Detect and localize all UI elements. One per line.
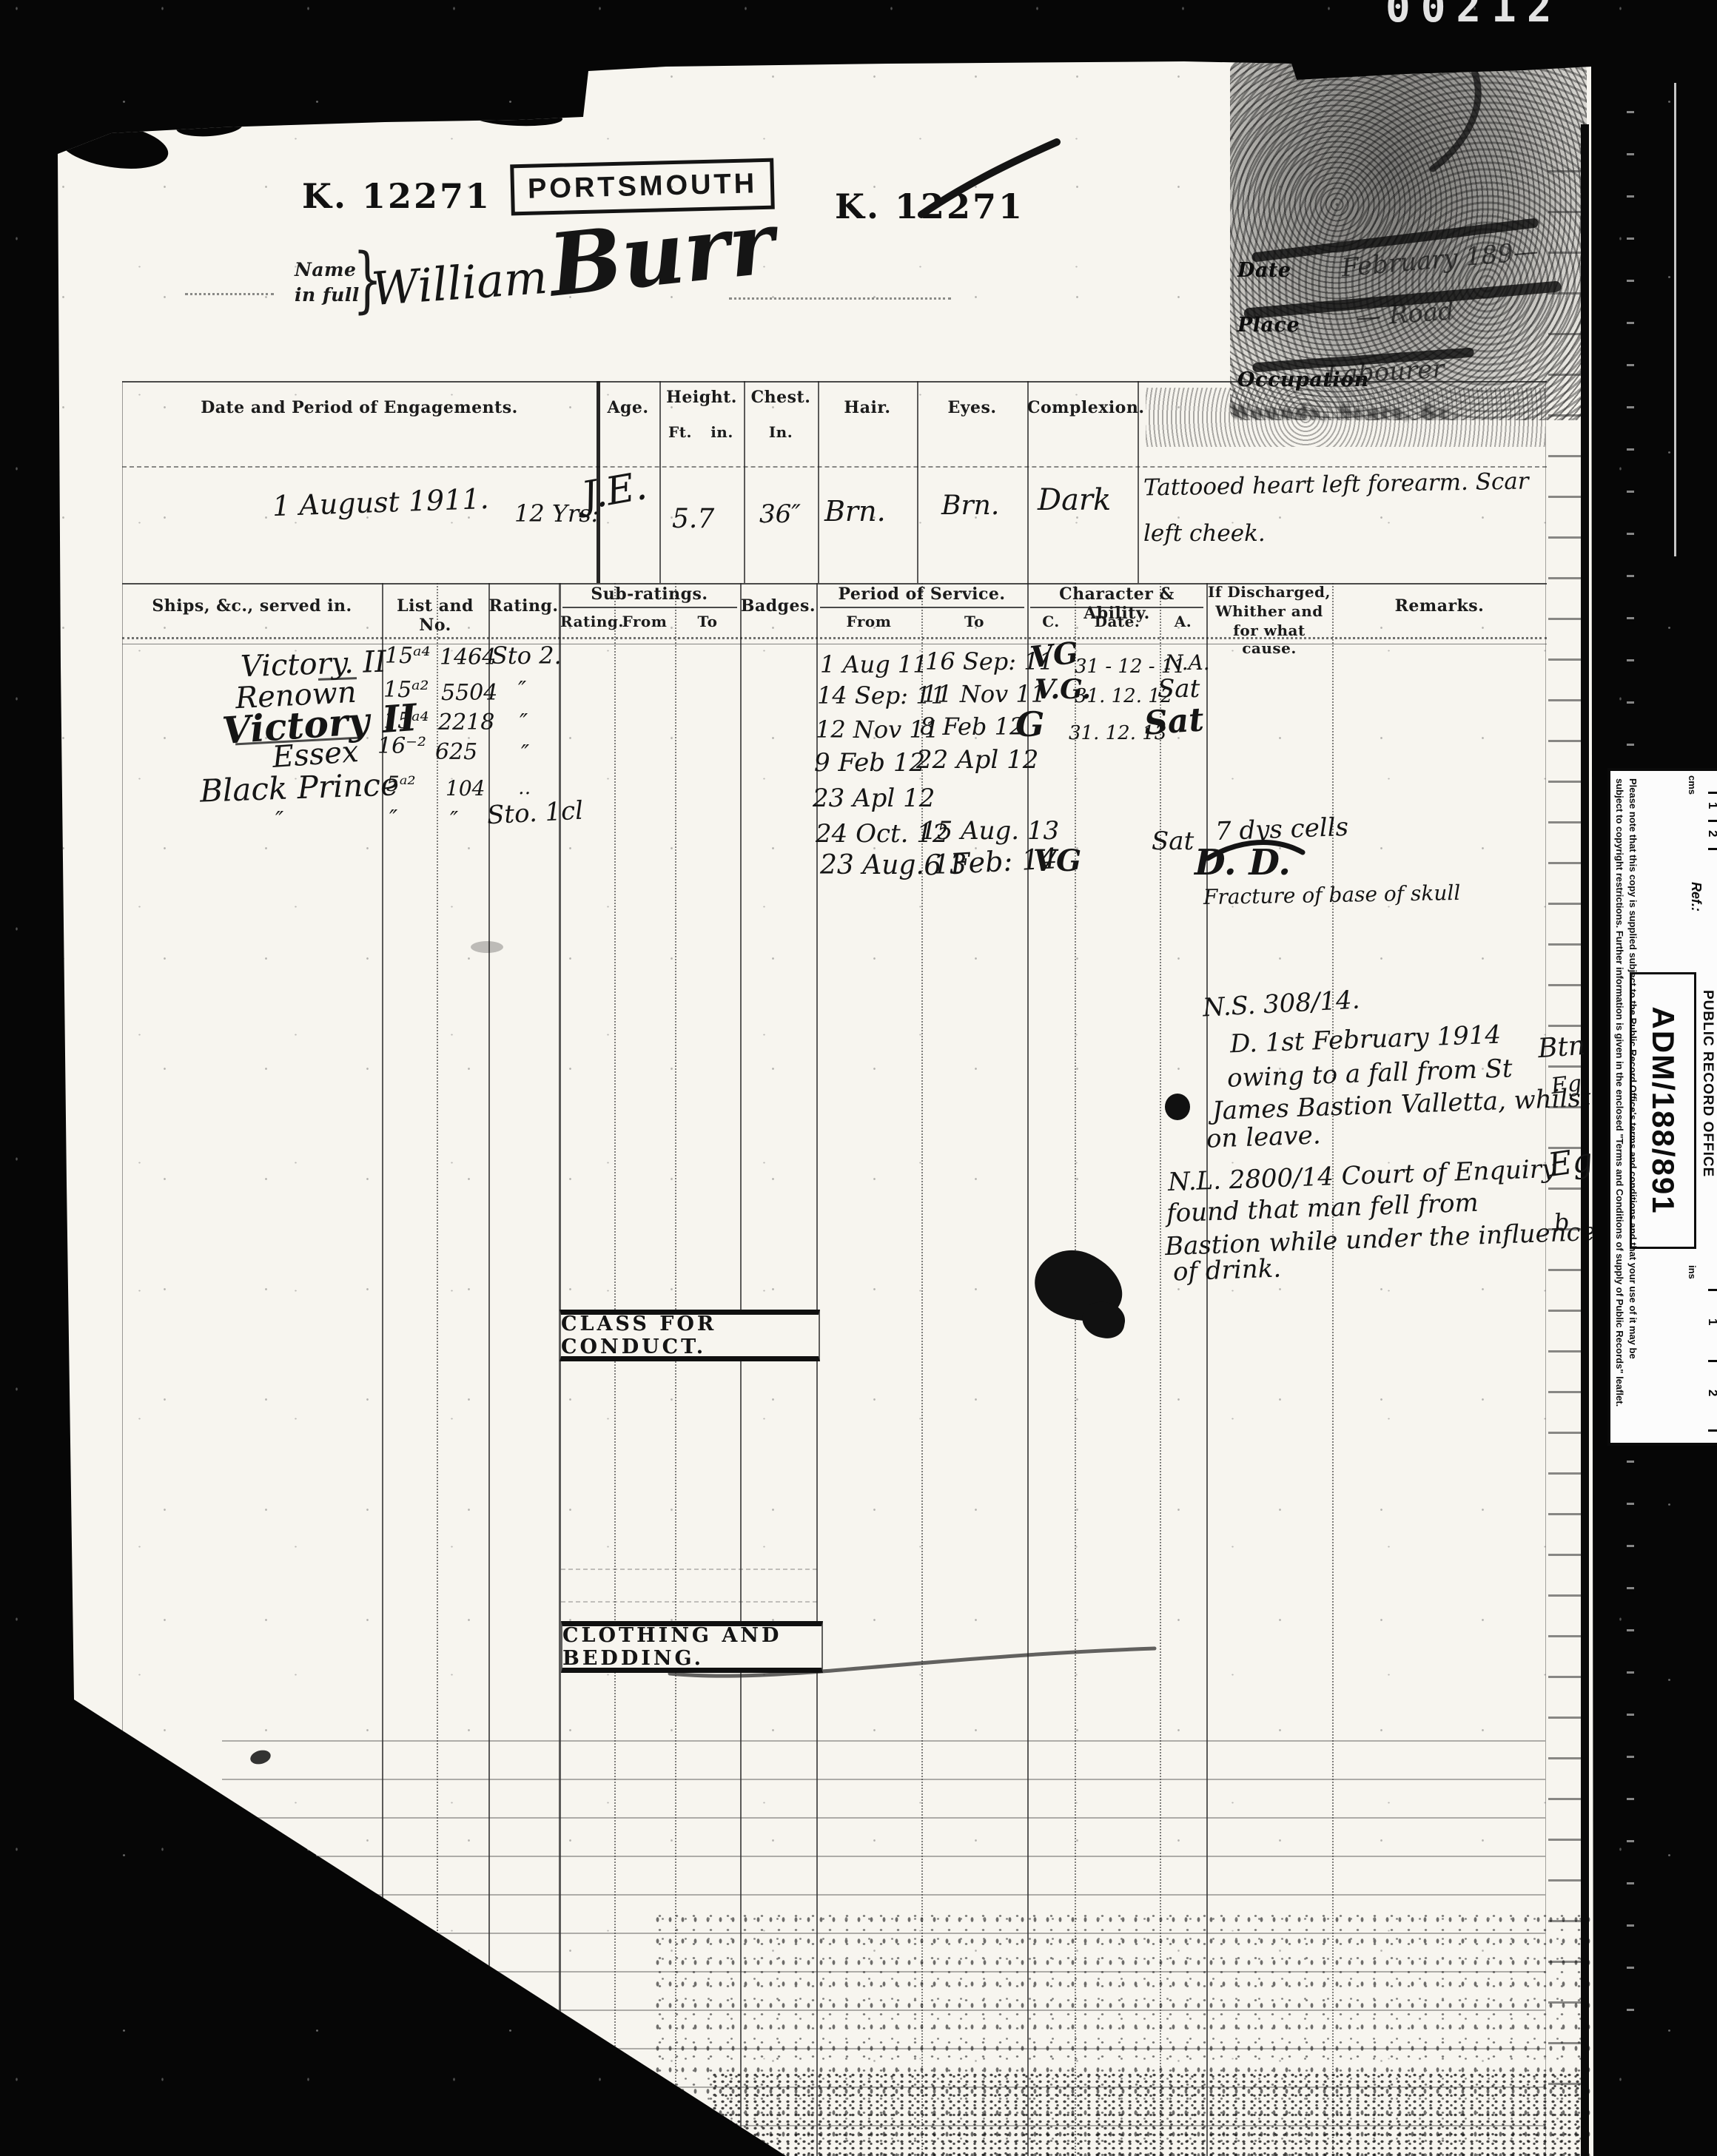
edge-fragment: Btn (1537, 1033, 1586, 1062)
cms-1: 1 (1705, 802, 1717, 809)
ruler-tick (1708, 848, 1717, 850)
no-entry: 625 (435, 741, 477, 764)
table1-top-rule (122, 381, 1547, 383)
corner-number: 00212 (1385, 0, 1562, 32)
ruler-tick (1708, 1429, 1717, 1432)
col-discharged-3: for what cause. (1206, 621, 1332, 657)
col-period-to: To (921, 613, 1027, 630)
rating-entry: ″ (520, 712, 528, 734)
col-wounds-label: Wounds, Scars, &c. (1146, 401, 1545, 422)
rating-entry: Sto. 1cl (486, 798, 584, 829)
period-to: 8 Feb 12 (920, 715, 1024, 738)
name-label-line2: in full (295, 284, 360, 306)
adjacent-page-edge (1674, 83, 1676, 556)
list-entry: 5ᵃ² (386, 774, 416, 795)
reference-number: ADM/188/891 (1630, 972, 1696, 1249)
age-entry: J.E. (579, 467, 650, 516)
col-ships: Ships, &c., served in. (122, 596, 382, 616)
note-line: D. 1st February 1914 (1230, 1023, 1502, 1057)
clothing-and-bedding-title: CLOTHING AND BEDDING. (562, 1624, 821, 1670)
page-edge-shadow (1581, 124, 1589, 2156)
torn-edge (55, 116, 171, 176)
class-for-conduct-box: CLASS FOR CONDUCT. (560, 1310, 820, 1361)
char-a: Sat (1143, 704, 1205, 741)
torn-edge (474, 108, 563, 127)
clothing-and-bedding-box: CLOTHING AND BEDDING. (561, 1621, 823, 1673)
col-chest-in: In. (744, 423, 818, 441)
marks-entry-1: Tattooed heart left forearm. Scar (1143, 470, 1529, 499)
name-first: William (370, 255, 548, 312)
table1-header-rule (122, 466, 1547, 468)
period-to: 22 Apl 12 (916, 747, 1038, 772)
char-c: VG (1033, 846, 1081, 876)
marks-entry-2: left cheek. (1143, 522, 1266, 545)
rating-entry: ″ (521, 743, 529, 765)
col-remarks: Remarks. (1332, 596, 1547, 616)
class-for-conduct-title: CLASS FOR CONDUCT. (561, 1313, 819, 1358)
table-right-edge (1545, 381, 1546, 2156)
service-number-right: K. 12271 (835, 186, 1024, 226)
cms-unit: cms (1687, 775, 1698, 795)
col-eyes: Eyes. (917, 398, 1027, 417)
conduct-row-rule (561, 1601, 817, 1603)
col-wounds-smudged: Wounds, Scars, &c. (1146, 388, 1545, 447)
no-ditto: ″ (450, 809, 458, 832)
copyright-notice-2: subject to copyright restrictions. Furth… (1613, 778, 1625, 1437)
name-label-line1: Name (295, 259, 356, 280)
name-surname: Burr (545, 200, 779, 309)
period-from: 1 Aug 11 (820, 653, 928, 676)
rating-entry: ‥ (518, 778, 531, 798)
remark-cells: 7 dys cells (1214, 815, 1348, 844)
ref-label: Ref.: (1688, 882, 1704, 912)
ins-2: 2 (1705, 1389, 1717, 1396)
torn-edge (175, 115, 243, 138)
ruler-tick (1708, 1360, 1717, 1362)
discharge-note: Fracture of base of skull (1203, 883, 1461, 908)
col-char-a: A. (1160, 613, 1206, 630)
char-c: VG (1029, 639, 1080, 673)
list-entry: 15ᵃ⁴ (383, 710, 429, 732)
ship-name: Black Prince (199, 769, 399, 806)
period-to: 15 Aug. 13 (921, 818, 1059, 843)
col-char-c: C. (1027, 613, 1075, 630)
ins-unit: ins (1687, 1265, 1698, 1279)
no-entry: 5504 (441, 682, 497, 704)
note-line: N.L. 2800/14 Court of Enquiry (1168, 1156, 1556, 1195)
no-entry: 1464 (440, 647, 496, 669)
dotted-rule (729, 297, 951, 300)
table1-line (659, 381, 661, 583)
conduct-row-rule (561, 1569, 817, 1570)
col-engagements: Date and Period of Engagements. (122, 398, 597, 417)
note-line: of drink. (1172, 1256, 1281, 1284)
col-height-in: in. (702, 423, 742, 441)
char-c: G (1015, 707, 1044, 741)
cms-2: 2 (1705, 830, 1717, 837)
birth-date-label: Date (1237, 259, 1291, 282)
copyright-notice-1: Please note that this copy is supplied s… (1627, 778, 1639, 1437)
ins-1: 1 (1705, 1318, 1717, 1325)
col-sub-from: From (616, 613, 673, 630)
col-discharged-2: Whither and (1206, 602, 1332, 620)
ruler-tick (1708, 1289, 1717, 1291)
col-period: Period of Service. (816, 585, 1027, 604)
note-line: on leave. (1206, 1122, 1321, 1151)
no-entry: 2218 (438, 712, 494, 734)
col-height-ft: Ft. (661, 423, 699, 441)
char-a: Sat (1157, 676, 1200, 701)
ship-ditto: ″ (275, 809, 283, 832)
period-from: 23 Apl 12 (813, 786, 935, 811)
pro-reference-label: cms 1 2 Ref.: PUBLIC RECORD OFFICE ADM/1… (1607, 768, 1717, 1446)
note-line: N.S. 308/14. (1202, 987, 1360, 1020)
table1-line (744, 381, 745, 583)
engagement-date: 1 August 1911. (272, 485, 489, 520)
service-number-left: K. 12271 (302, 176, 491, 216)
discharge-entry: D. D. (1194, 845, 1291, 880)
complexion-entry: Dark (1038, 485, 1111, 515)
col-rating: Rating. (488, 596, 559, 616)
list-entry: 15ᵃ⁴ (385, 645, 430, 667)
edge-fragment: b (1553, 1210, 1570, 1235)
rating-entry: Sto 2. (491, 644, 562, 667)
col-badges: Badges. (740, 596, 816, 616)
col-age: Age. (597, 398, 659, 417)
smudge-mark (471, 941, 503, 953)
list-entry: 16⁻² (377, 735, 426, 758)
col-char-date: Date. (1075, 613, 1160, 630)
dotted-rule (185, 293, 274, 295)
col-period-from: From (816, 613, 921, 630)
period-from: 9 Feb 12 (814, 750, 925, 775)
document-page: K. 12271 PORTSMOUTH K. 12271 Name in ful… (0, 0, 1717, 2156)
height-entry: 5.7 (672, 506, 714, 533)
col-height: Height. (659, 388, 744, 407)
col-chest: Chest. (744, 388, 818, 407)
ruler-tick (1708, 792, 1717, 794)
ruler-tick (1708, 820, 1717, 822)
col-sub-rating: Rating. (560, 613, 614, 630)
edge-fragment: Eg (1546, 1144, 1595, 1182)
ship-name: Victory. II (240, 647, 386, 682)
chest-entry: 36″ (759, 502, 801, 527)
hair-entry: Brn. (824, 497, 886, 525)
list-ditto: ″ (389, 808, 397, 830)
col-discharged-1: If Discharged, (1206, 583, 1332, 601)
edge-tick-column (1548, 132, 1581, 2122)
col-list-no: List and No. (382, 596, 488, 635)
col-complexion: Complexion. (1027, 398, 1138, 417)
char-a: Sat (1152, 829, 1194, 854)
no-entry: 104 (446, 778, 485, 799)
punch-hole (1165, 1094, 1190, 1120)
scanned-record-page: K. 12271 PORTSMOUTH K. 12271 Name in ful… (0, 0, 1717, 2156)
subratings-underline (562, 607, 737, 608)
birth-details-smudge: Date Place Occupation February 189— — Ro… (1230, 61, 1587, 420)
note-line: owing to a fall from St (1227, 1056, 1513, 1091)
eyes-entry: Brn. (941, 493, 999, 519)
edge-fragment: Eg (1550, 1073, 1583, 1098)
char-a: N.A. (1165, 653, 1210, 673)
col-hair: Hair. (818, 398, 917, 417)
table-left-edge (122, 381, 123, 2156)
pro-org-name: PUBLIC RECORD OFFICE (1699, 990, 1716, 1177)
period-underline (820, 607, 1024, 608)
col-subratings: Sub-ratings. (559, 585, 740, 604)
col-sub-to: To (676, 613, 739, 630)
rating-entry: ″ (518, 679, 526, 701)
table2-line (382, 583, 383, 2156)
scan-noise (710, 2072, 1591, 2156)
period-to: 11 Nov 11 (922, 682, 1046, 706)
